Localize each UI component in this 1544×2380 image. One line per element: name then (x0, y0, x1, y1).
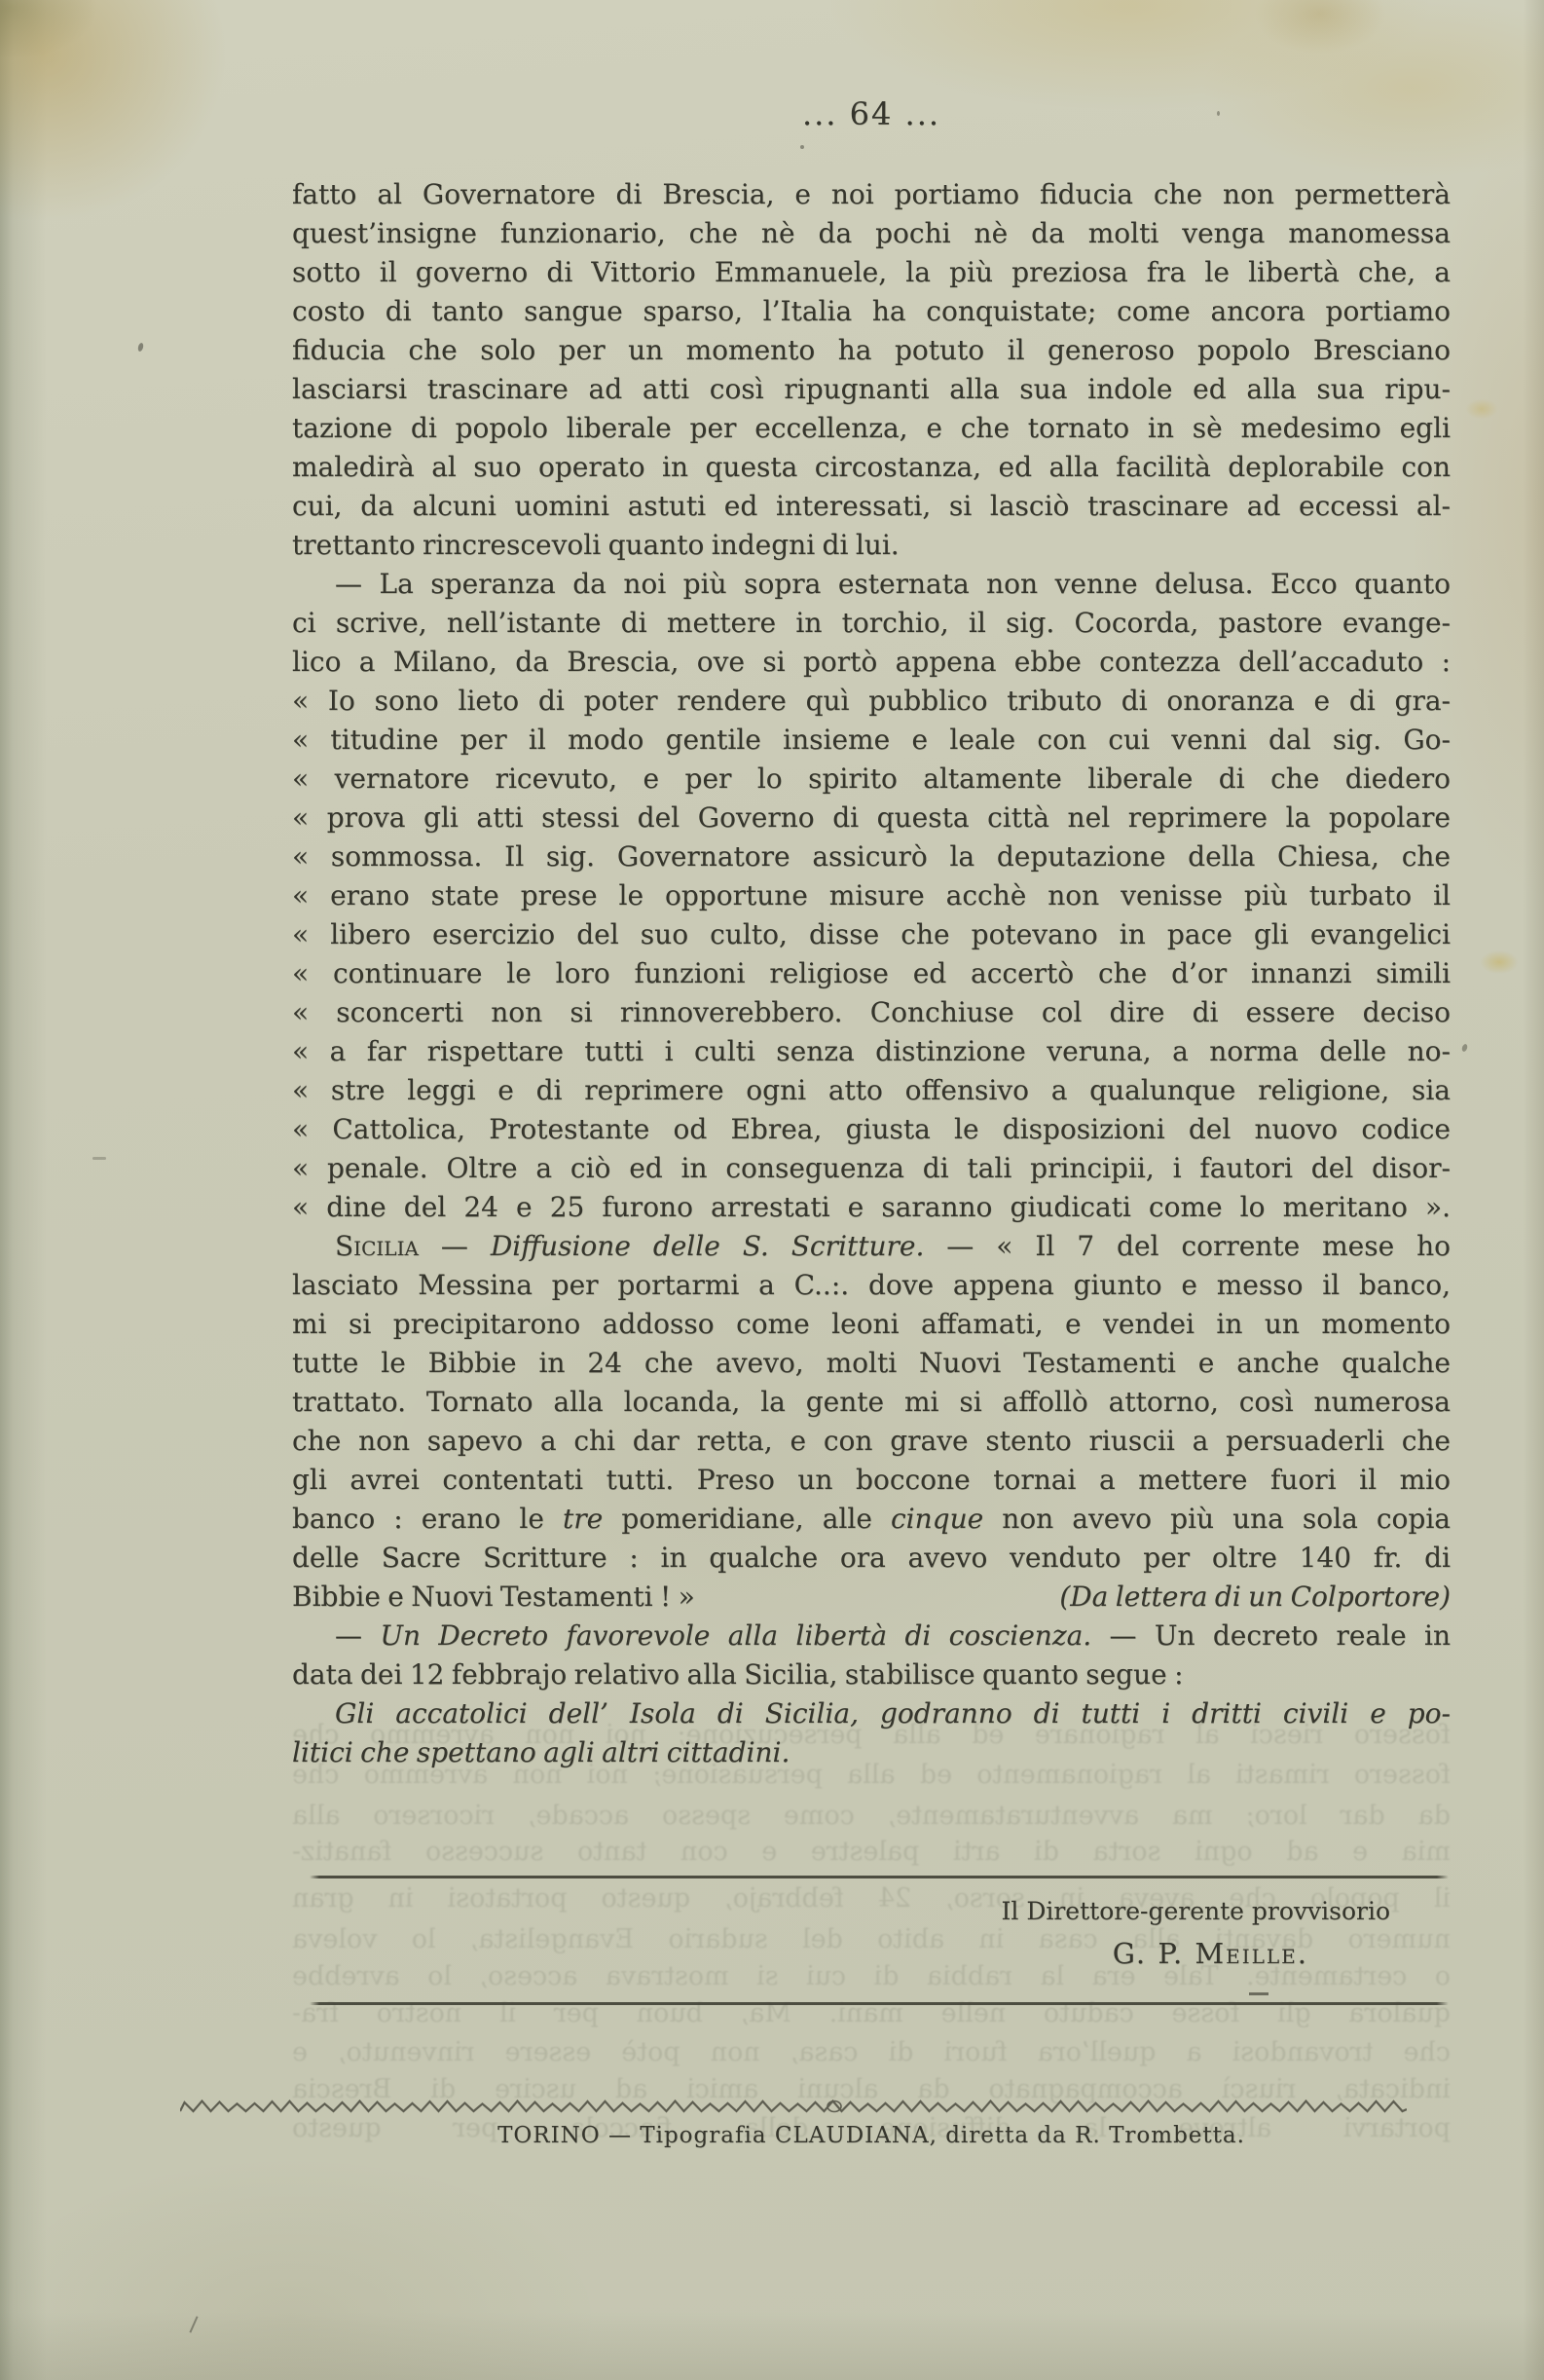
text-segment: « sconcerti non si rinnoverebbero. Conch… (292, 996, 1451, 1028)
text-segment: « prova gli atti stessi del Governo di q… (292, 801, 1451, 834)
text-segment: Un Decreto favorevole alla libertà di co… (380, 1619, 1091, 1652)
body-line: trattato. Tornato alla locanda, la gente… (292, 1383, 1451, 1422)
text-segment: banco : erano le (292, 1503, 563, 1535)
ink-speck (92, 1157, 106, 1160)
body-line: Sicilia — Diffusione delle S. Scritture.… (292, 1227, 1451, 1266)
body-line: « sconcerti non si rinnoverebbero. Conch… (292, 993, 1451, 1032)
bleedthrough-line: che trovandosi a quell’ora fuori di casa… (292, 2036, 1451, 2069)
body-line: « Io sono lieto di poter rendere quì pub… (292, 682, 1451, 721)
body-line: data dei 12 febbrajo relativo alla Sicil… (292, 1655, 1451, 1694)
body-line: lico a Milano, da Brescia, ove si portò … (292, 643, 1451, 682)
body-line: « erano state prese le opportune misure … (292, 876, 1451, 915)
body-line: « titudine per il modo gentile insieme e… (292, 721, 1451, 760)
body-line: Bibbie e Nuovi Testamenti ! »(Da lettera… (292, 1578, 1451, 1617)
body-line: lasciarsi trascinare ad atti così ripugn… (292, 370, 1451, 409)
footer-rule-middle (310, 2002, 1449, 2005)
director-name: G. P. Meille. (292, 1937, 1451, 1970)
text-segment: litici che spettano agli altri cittadini… (292, 1736, 790, 1768)
body-line: — Un Decreto favorevole alla libertà di … (292, 1617, 1451, 1655)
body-line: « a far rispettare tutti i culti senza d… (292, 1032, 1451, 1071)
signature-dash (1249, 1992, 1268, 1995)
ink-speck (137, 343, 144, 353)
text-segment: costo di tanto sangue sparso, l’Italia h… (292, 295, 1451, 327)
text-segment: cinque (891, 1503, 983, 1535)
body-text-block: fatto al Governatore di Brescia, e noi p… (292, 175, 1451, 1772)
body-line: trettanto rincrescevoli quanto indegni d… (292, 526, 1451, 565)
body-line: gli avrei contentati tutti. Preso un boc… (292, 1461, 1451, 1500)
body-line: « sommossa. Il sig. Governatore assicurò… (292, 837, 1451, 876)
text-segment: « titudine per il modo gentile insieme e… (292, 724, 1451, 756)
body-line: maledirà al suo operato in questa circos… (292, 448, 1451, 487)
text-segment: Bibbie e Nuovi Testamenti ! » (292, 1580, 695, 1613)
text-segment: fatto al Governatore di Brescia, e noi p… (292, 178, 1451, 210)
text-segment: « Io sono lieto di poter rendere quì pub… (292, 685, 1451, 717)
printer-imprint: TORINO — Tipografia CLAUDIANA, diretta d… (292, 2123, 1451, 2148)
body-line: litici che spettano agli altri cittadini… (292, 1733, 1451, 1772)
text-segment: ci scrive, nell’istante di mettere in to… (292, 607, 1451, 639)
body-line: « prova gli atti stessi del Governo di q… (292, 799, 1451, 837)
text-segment: non avevo più una sola copia (983, 1503, 1451, 1535)
text-segment: — La speranza da noi più sopra esternata… (335, 568, 1451, 600)
text-segment: maledirà al suo operato in questa circos… (292, 451, 1451, 483)
body-line: ci scrive, nell’istante di mettere in to… (292, 604, 1451, 643)
body-line: Gli accatolici dell’ Isola di Sicilia, g… (292, 1694, 1451, 1733)
text-segment: « sommossa. Il sig. Governatore assicurò… (292, 840, 1451, 873)
text-segment: tazione di popolo liberale per eccellenz… (292, 412, 1451, 444)
text-segment: cui, da alcuni uomini astuti ed interess… (292, 490, 1451, 522)
text-segment: fiducia che solo per un momento ha potut… (292, 334, 1451, 366)
text-segment: trettanto rincrescevoli quanto indegni d… (292, 529, 900, 561)
text-segment: quest’insigne funzionario, che nè da poc… (292, 217, 1451, 249)
text-segment: che non sapevo a chi dar retta, e con gr… (292, 1425, 1451, 1457)
text-segment: Sicilia (335, 1230, 419, 1262)
text-segment: delle Sacre Scritture : in qualche ora a… (292, 1542, 1451, 1574)
text-segment: pomeridiane, alle (603, 1503, 891, 1535)
bleedthrough-line: mia e ad ogni sorta di arti palestre e c… (292, 1836, 1451, 1869)
body-line: mi si precipitarono addosso come leoni a… (292, 1305, 1451, 1344)
text-segment: — (335, 1619, 380, 1652)
text-segment: lico a Milano, da Brescia, ove si portò … (292, 646, 1451, 678)
text-segment: Diffusione delle S. Scritture. (491, 1230, 925, 1262)
text-segment: sotto il governo di Vittorio Emmanuele, … (292, 256, 1451, 288)
body-line: — La speranza da noi più sopra esternata… (292, 565, 1451, 604)
text-segment: « continuare le loro funzioni religiose … (292, 957, 1451, 989)
text-segment: lasciarsi trascinare ad atti così ripugn… (292, 373, 1451, 405)
text-segment: « erano state prese le opportune misure … (292, 879, 1451, 911)
body-line: « vernatore ricevuto, e per lo spirito a… (292, 760, 1451, 799)
scanned-page: ... 64 ... fatto al Governatore di Bresc… (0, 0, 1544, 2380)
body-line: tazione di popolo liberale per eccellenz… (292, 409, 1451, 448)
ink-speck (189, 2316, 198, 2332)
body-line: fatto al Governatore di Brescia, e noi p… (292, 175, 1451, 214)
body-line: banco : erano le tre pomeridiane, alle c… (292, 1500, 1451, 1539)
text-segment: « vernatore ricevuto, e per lo spirito a… (292, 762, 1451, 795)
text-segment: Gli accatolici dell’ Isola di Sicilia, g… (335, 1697, 1451, 1729)
body-line: delle Sacre Scritture : in qualche ora a… (292, 1539, 1451, 1578)
text-segment: data dei 12 febbrajo relativo alla Sicil… (292, 1658, 1184, 1691)
text-segment: — Un decreto reale in (1091, 1619, 1451, 1652)
ink-speck (1461, 1043, 1468, 1052)
body-line: fiducia che solo per un momento ha potut… (292, 331, 1451, 370)
body-line: che non sapevo a chi dar retta, e con gr… (292, 1422, 1451, 1461)
text-segment: gli avrei contentati tutti. Preso un boc… (292, 1464, 1451, 1496)
body-line: sotto il governo di Vittorio Emmanuele, … (292, 253, 1451, 292)
body-line: « stre leggi e di reprimere ogni atto of… (292, 1071, 1451, 1110)
body-line: « penale. Oltre a ciò ed in conseguenza … (292, 1149, 1451, 1188)
body-line: « libero esercizio del suo culto, disse … (292, 915, 1451, 954)
zigzag-separator (180, 2100, 1407, 2115)
text-segment: tutte le Bibbie in 24 che avevo, molti N… (292, 1347, 1451, 1379)
body-line: costo di tanto sangue sparso, l’Italia h… (292, 292, 1451, 331)
body-line: « Cattolica, Protestante od Ebrea, giust… (292, 1110, 1451, 1149)
text-segment: tre (563, 1503, 603, 1535)
director-signature-block: Il Direttore-gerente provvisorio G. P. M… (292, 1897, 1451, 1970)
text-segment: lasciato Messina per portarmi a C..:. do… (292, 1269, 1451, 1301)
text-segment: « penale. Oltre a ciò ed in conseguenza … (292, 1152, 1451, 1184)
body-line: « continuare le loro funzioni religiose … (292, 954, 1451, 993)
footer-rule-top (310, 1876, 1449, 1878)
text-segment: — (419, 1230, 491, 1262)
text-segment: « dine del 24 e 25 furono arrestati e sa… (292, 1191, 1451, 1223)
director-title: Il Direttore-gerente provvisorio (292, 1897, 1451, 1925)
text-segment: — « Il 7 del corrente mese ho (924, 1230, 1451, 1262)
body-line: cui, da alcuni uomini astuti ed interess… (292, 487, 1451, 526)
text-segment: « libero esercizio del suo culto, disse … (292, 918, 1451, 950)
body-line: tutte le Bibbie in 24 che avevo, molti N… (292, 1344, 1451, 1383)
body-line: « dine del 24 e 25 furono arrestati e sa… (292, 1188, 1451, 1227)
body-line: lasciato Messina per portarmi a C..:. do… (292, 1266, 1451, 1305)
text-segment: trattato. Tornato alla locanda, la gente… (292, 1386, 1451, 1418)
page-number: ... 64 ... (292, 95, 1451, 132)
bleedthrough-line: da dar loro; ma avventuratamente, come s… (292, 1800, 1451, 1833)
text-segment: « stre leggi e di reprimere ogni atto of… (292, 1074, 1451, 1106)
text-segment: « a far rispettare tutti i culti senza d… (292, 1035, 1451, 1067)
text-segment: (Da lettera di un Colportore) (1059, 1580, 1451, 1613)
text-segment: mi si precipitarono addosso come leoni a… (292, 1308, 1451, 1340)
ink-speck (800, 145, 804, 149)
text-segment: « Cattolica, Protestante od Ebrea, giust… (292, 1113, 1451, 1145)
body-line: quest’insigne funzionario, che nè da poc… (292, 214, 1451, 253)
